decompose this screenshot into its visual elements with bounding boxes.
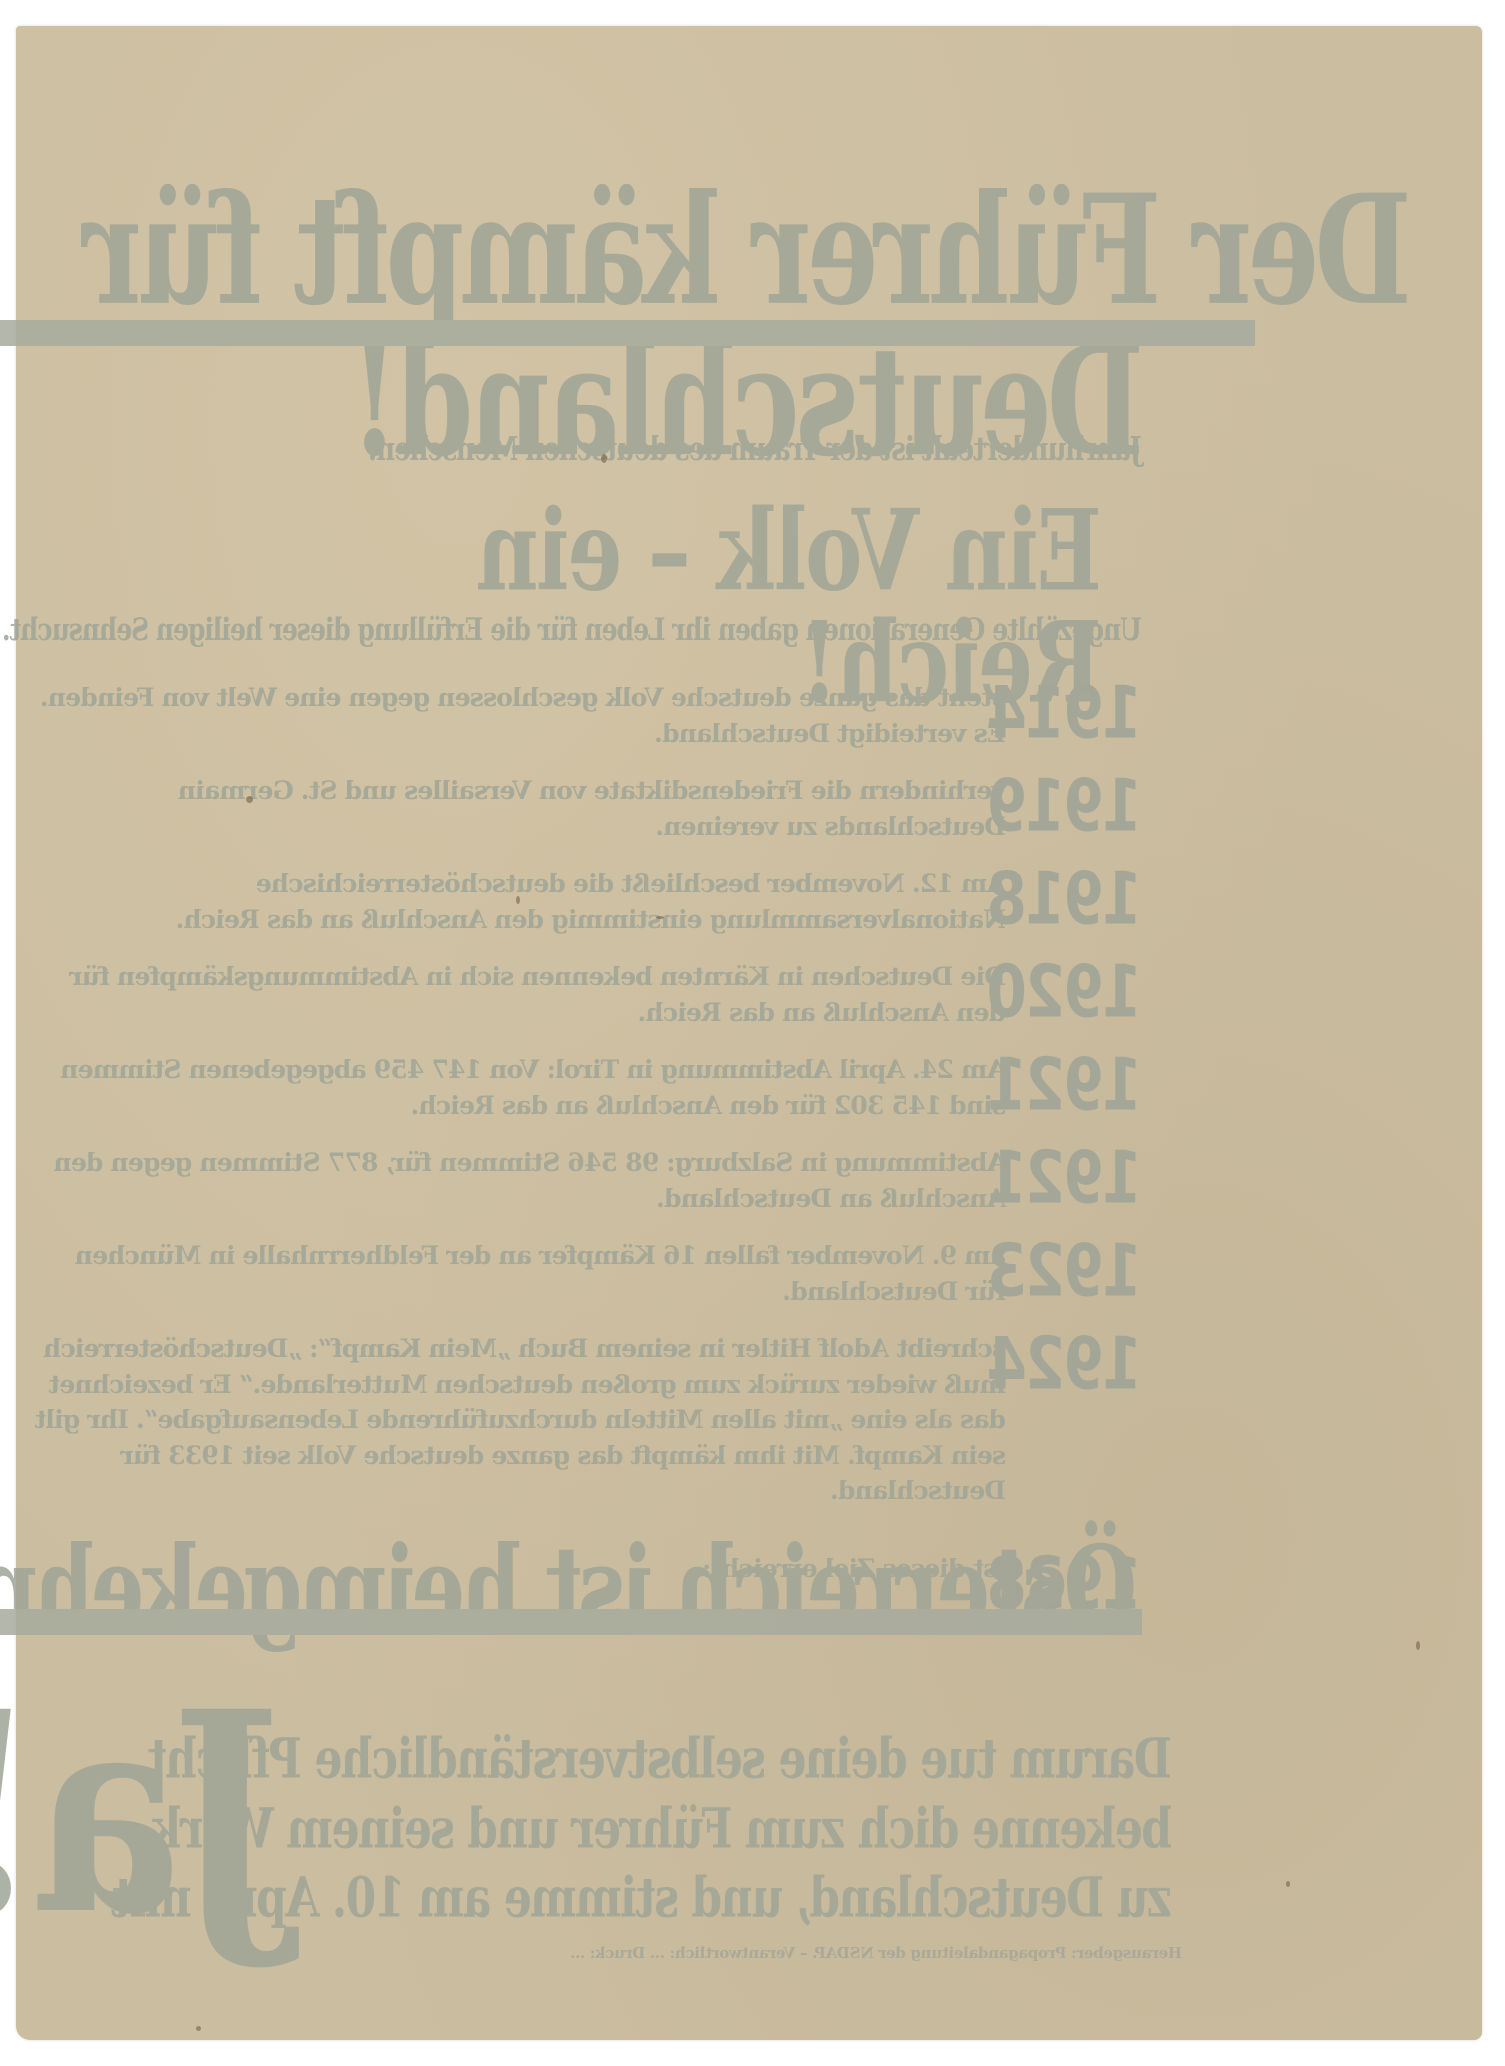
timeline-entry: 1918 Am 12. November beschließt die deut… [32,862,1142,937]
paper-speck [196,2026,201,2031]
timeline-year: 1923 [1012,1234,1142,1307]
slogan-underline-bar [0,1609,1142,1635]
timeline-text: Abstimmung in Salzburg: 98 546 Stimmen f… [32,1141,1012,1216]
appeal-emphasis: Ja! [2,1676,282,1952]
printer-imprint: Herausgeber: Propagandaleitung der NSDAP… [0,1944,1182,1962]
mirrored-print-layer: Der Führer kämpft für Deutschland! Jahrh… [16,26,1482,2040]
timeline-entry: 1914 steht das ganze deutsche Volk gesch… [32,676,1142,751]
timeline-text: Am 12. November beschließt die deutschös… [32,862,1012,937]
leaflet-intro: Ungezählte Generationen gaben ihr Leben … [62,611,1142,647]
appeal-line: zu Deutschland, und stimme am 10. April … [272,1855,1172,1942]
timeline-year: 1914 [1012,676,1142,749]
timeline-entry: 1919 verhindern die Friedensdiktate von … [32,769,1142,844]
leaflet-sheet: Der Führer kämpft für Deutschland! Jahrh… [16,26,1482,2040]
timeline-year: 1919 [1012,769,1142,842]
timeline-text: schreibt Adolf Hitler in seinem Buch „Me… [32,1327,1012,1509]
timeline-entry: 1920 Die Deutschen in Kärnten bekennen s… [32,955,1142,1030]
timeline-text: am 9. November fallen 16 Kämpfer an der … [32,1234,1012,1309]
timeline: 1914 steht das ganze deutsche Volk gesch… [32,676,1142,1623]
timeline-year: 1921 [1012,1048,1142,1121]
timeline-entry: 1923 am 9. November fallen 16 Kämpfer an… [32,1234,1142,1309]
timeline-year: 1920 [1012,955,1142,1028]
leaflet-appeal: Darum tue deine selbstverständliche Pfli… [272,1716,1172,1925]
timeline-entry: 1921 Am 24. April Abstimmung in Tirol: V… [32,1048,1142,1123]
timeline-year: 1918 [1012,862,1142,935]
timeline-text: verhindern die Friedensdiktate von Versa… [32,769,1012,844]
timeline-year: 1921 [1012,1141,1142,1214]
timeline-entry: 1921 Abstimmung in Salzburg: 98 546 Stim… [32,1141,1142,1216]
timeline-text: steht das ganze deutsche Volk geschlosse… [32,676,1012,751]
timeline-text: Am 24. April Abstimmung in Tirol: Von 14… [32,1048,1012,1123]
paper-speck [246,796,253,803]
paper-speck [1286,1881,1290,1887]
timeline-entry: 1924 schreibt Adolf Hitler in seinem Buc… [32,1327,1142,1509]
paper-speck [1416,1641,1420,1650]
paper-speck [656,916,664,919]
title-underline-bar [0,320,1255,346]
timeline-text: Die Deutschen in Kärnten bekennen sich i… [32,955,1012,1030]
paper-speck [516,896,520,904]
timeline-year: 1924 [1012,1327,1142,1400]
paper-speck [601,454,607,463]
leaflet-subtitle: Jahrhundertealt ist der Traum des deutsc… [322,431,1142,469]
